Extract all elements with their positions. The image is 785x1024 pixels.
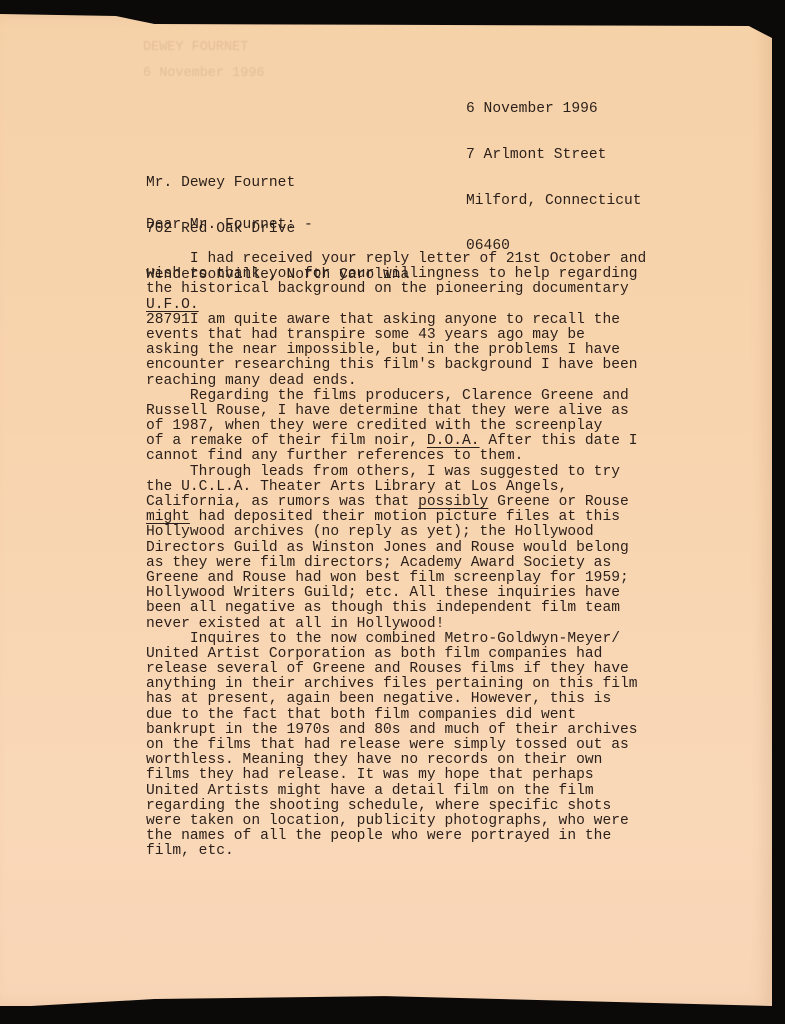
body-line: of a remake of their film noir, D.O.A. A… [146, 434, 646, 449]
body-line: might had deposited their motion picture… [146, 510, 646, 525]
body-text: Hollywood archives (no reply as yet); th… [146, 524, 594, 540]
body-text: anything in their archives files pertain… [146, 676, 638, 692]
body-line: cannot find any further references to th… [146, 449, 646, 464]
body-line: events that had transpire some 43 years … [146, 328, 646, 343]
body-line: due to the fact that both film companies… [146, 708, 646, 723]
body-text: wish to thank you for your willingness t… [146, 266, 638, 282]
body-line: regarding the shooting schedule, where s… [146, 799, 646, 814]
body-line: the U.C.L.A. Theater Arts Library at Los… [146, 480, 646, 495]
body-line: Hollywood Writers Guild; etc. All these … [146, 586, 646, 601]
body-text: of a remake of their film noir, [146, 433, 427, 449]
body-text: I had received your reply letter of 21st… [146, 251, 646, 267]
body-line: the names of all the people who were por… [146, 829, 646, 844]
body-text: the U.C.L.A. Theater Arts Library at Los… [146, 479, 567, 495]
body-text: California, as rumors was that [146, 494, 418, 510]
body-text: United Artist Corporation as both film c… [146, 646, 602, 662]
body-line: as they were film directors; Academy Awa… [146, 556, 646, 571]
body-line: Russell Rouse, I have determine that the… [146, 404, 646, 419]
underlined-title: possibly [418, 494, 488, 510]
bleed-through-text: 6 November 1996 [143, 66, 265, 81]
body-line: United Artists might have a detail film … [146, 784, 646, 799]
sender-city-state: Milford, Connecticut [466, 194, 642, 209]
body-text: Directors Guild as Winston Jones and Rou… [146, 540, 629, 556]
body-line: were taken on location, publicity photog… [146, 814, 646, 829]
letter-date: 6 November 1996 [466, 102, 642, 117]
body-text: of 1987, when they were credited with th… [146, 418, 602, 434]
body-line: film, etc. [146, 844, 646, 859]
body-line: of 1987, when they were credited with th… [146, 419, 646, 434]
body-line: United Artist Corporation as both film c… [146, 647, 646, 662]
body-text: Hollywood Writers Guild; etc. All these … [146, 585, 620, 601]
body-text: has at present, again been negative. How… [146, 691, 611, 707]
body-line: never existed at all in Hollywood! [146, 617, 646, 632]
body-line: asking the near impossible, but in the p… [146, 343, 646, 358]
body-line: encounter researching this film's backgr… [146, 358, 646, 373]
body-line: U.F.O. [146, 298, 646, 313]
body-text: Through leads from others, I was suggest… [146, 464, 620, 480]
underlined-title: U.F.O. [146, 297, 199, 313]
body-line: reaching many dead ends. [146, 374, 646, 389]
body-text: encounter researching this film's backgr… [146, 357, 638, 373]
body-text: on the films that had release were simpl… [146, 737, 629, 753]
body-text: never existed at all in Hollywood! [146, 616, 444, 632]
body-text: Inquires to the now combined Metro-Goldw… [146, 631, 620, 647]
body-text: After this date I [480, 433, 638, 449]
body-text: been all negative as though this indepen… [146, 600, 620, 616]
letter-body: I had received your reply letter of 21st… [146, 252, 646, 860]
body-text: were taken on location, publicity photog… [146, 813, 629, 829]
body-text: Greene or Rouse [488, 494, 628, 510]
body-text: Regarding the films producers, Clarence … [146, 388, 629, 404]
body-text: I am quite aware that asking anyone to r… [146, 312, 620, 328]
body-text: due to the fact that both film companies… [146, 707, 576, 723]
body-line: wish to thank you for your willingness t… [146, 267, 646, 282]
body-line: on the films that had release were simpl… [146, 738, 646, 753]
body-line: Greene and Rouse had won best film scree… [146, 571, 646, 586]
salutation: Dear Mr. Fournet: - [146, 218, 313, 233]
body-text: the names of all the people who were por… [146, 828, 611, 844]
body-line: I had received your reply letter of 21st… [146, 252, 646, 267]
body-text: release several of Greene and Rouses fil… [146, 661, 629, 677]
body-text: regarding the shooting schedule, where s… [146, 798, 611, 814]
body-text: worthless. Meaning they have no records … [146, 752, 602, 768]
body-line: worthless. Meaning they have no records … [146, 753, 646, 768]
body-text: bankrupt in the 1970s and 80s and much o… [146, 722, 638, 738]
body-text: Russell Rouse, I have determine that the… [146, 403, 629, 419]
bleed-through-text: DEWEY FOURNET [143, 40, 248, 55]
body-text: film, etc. [146, 843, 234, 859]
body-text: the historical background on the pioneer… [146, 281, 629, 297]
body-text: had deposited their motion picture files… [190, 509, 620, 525]
body-text: Greene and Rouse had won best film scree… [146, 570, 629, 586]
body-line: bankrupt in the 1970s and 80s and much o… [146, 723, 646, 738]
body-text: asking the near impossible, but in the p… [146, 342, 620, 358]
body-line: Through leads from others, I was suggest… [146, 465, 646, 480]
body-line: I am quite aware that asking anyone to r… [146, 313, 646, 328]
body-line: release several of Greene and Rouses fil… [146, 662, 646, 677]
body-line: has at present, again been negative. How… [146, 692, 646, 707]
body-line: Regarding the films producers, Clarence … [146, 389, 646, 404]
body-text: cannot find any further references to th… [146, 448, 523, 464]
body-text: events that had transpire some 43 years … [146, 327, 585, 343]
underlined-title: D.O.A. [427, 433, 480, 449]
body-line: Directors Guild as Winston Jones and Rou… [146, 541, 646, 556]
body-line: anything in their archives files pertain… [146, 677, 646, 692]
body-line: Inquires to the now combined Metro-Goldw… [146, 632, 646, 647]
body-line: Hollywood archives (no reply as yet); th… [146, 525, 646, 540]
recipient-name: Mr. Dewey Fournet [146, 176, 409, 191]
body-text: films they had release. It was my hope t… [146, 767, 594, 783]
sender-street: 7 Arlmont Street [466, 148, 642, 163]
sender-address-block: 6 November 1996 7 Arlmont Street Milford… [466, 72, 642, 270]
body-line: films they had release. It was my hope t… [146, 768, 646, 783]
body-line: California, as rumors was that possibly … [146, 495, 646, 510]
body-text: as they were film directors; Academy Awa… [146, 555, 611, 571]
body-line: been all negative as though this indepen… [146, 601, 646, 616]
body-text: United Artists might have a detail film … [146, 783, 594, 799]
body-text: reaching many dead ends. [146, 373, 357, 389]
body-line: the historical background on the pioneer… [146, 282, 646, 297]
underlined-title: might [146, 509, 190, 525]
